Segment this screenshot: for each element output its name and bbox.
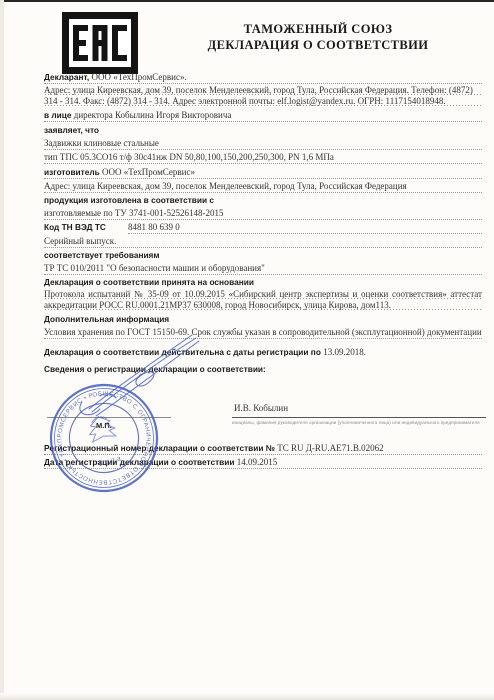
eac-conformity-mark-icon: ЕАС [62, 12, 138, 74]
tnved-row: Код ТН ВЭД ТС 8481 80 639 0 [44, 221, 482, 234]
requirements-text: ТР ТС 010/2011 "О безопасности машин и о… [44, 262, 482, 275]
document-body: Декларант, ООО «ТехПромСервис». Адрес: у… [44, 70, 482, 469]
stamp-place-label: М.П. [96, 421, 112, 430]
tnved-label: Код ТН ВЭД ТС [44, 221, 128, 234]
registration-number-line: Регистрационный номер декларации о соотв… [44, 442, 482, 455]
registration-number-label: Регистрационный номер декларации о соотв… [44, 443, 275, 453]
stamp-signature-line [47, 417, 171, 418]
requirements-label: соответствует требованиям [44, 250, 482, 261]
declarant-person-line: в лице директора Кобылина Игоря Викторов… [44, 109, 482, 122]
issue-type-line: Серийный выпуск. [44, 235, 482, 248]
eac-mark-graphic [62, 12, 138, 74]
manufacturer-name: ООО «ТехПромСервис» [102, 167, 195, 177]
registration-section-label: Сведения о регистрации декларации о соот… [44, 364, 482, 375]
signatory-caption: инициалы, фамилия руководителя организац… [232, 420, 486, 425]
scan-left-edge [0, 0, 4, 700]
tnved-code: 8481 80 639 0 [128, 221, 482, 234]
product-line-2: тип ТПС 05.3СО16 т/ф 30с41нж DN 50,80,10… [44, 151, 482, 164]
validity-line: Декларация о соответствии действительна … [44, 347, 482, 358]
person-label: в лице [44, 110, 72, 120]
declarant-name: ООО «ТехПромСервис». [91, 72, 186, 82]
title-line-2: ДЕКЛАРАЦИЯ О СООТВЕТСТВИИ [150, 37, 486, 53]
scan-top-edge [0, 0, 494, 2]
tu-line: изготовляемые по ТУ 3741-001-52526148-20… [44, 207, 482, 220]
declarant-line: Декларант, ООО «ТехПромСервис». [44, 71, 482, 84]
document-title: ТАМОЖЕННЫЙ СОЮЗ ДЕКЛАРАЦИЯ О СООТВЕТСТВИ… [150, 21, 486, 53]
registration-number: ТС RU Д-RU.АЕ71.В.02062 [277, 443, 383, 453]
signatory-name: И.В. Кобылин [234, 403, 288, 413]
manufacturer-line: изготовитель ООО «ТехПромСервис» [44, 166, 482, 179]
registration-date-label: Дата регистрации декларации о соответств… [44, 457, 234, 467]
manufacturer-label: изготовитель [44, 167, 100, 177]
product-line-1: Задвижки клиновые стальные [44, 137, 482, 150]
validity-date: 13.09.2018. [323, 347, 366, 357]
conformity-label: продукция изготовлена в соответствии с [44, 195, 482, 206]
declares-label: заявляет, что [44, 125, 482, 136]
person-name: директора Кобылина Игоря Викторовича [74, 110, 232, 120]
basis-label: Декларация о соответствии принята на осн… [44, 277, 482, 288]
scan-bottom-edge [0, 693, 494, 700]
signature-area: М.П. И.В. Кобылин инициалы, фамилия руко… [44, 377, 482, 441]
additional-label: Дополнительная информация [44, 314, 482, 325]
additional-text: Условия хранения по ГОСТ 15150-69. Срок … [44, 326, 482, 339]
manufacturer-address: Адрес: улица Киреевская, дом 39, поселок… [44, 180, 482, 193]
basis-text: Протокола испытаний № 35-09 от 10.09.201… [44, 289, 482, 312]
registration-date: 14.09.2015 [237, 457, 278, 467]
validity-label: Декларация о соответствии действительна … [44, 347, 321, 357]
declarant-label: Декларант, [44, 72, 89, 82]
declaration-document: ЕАС ТАМОЖЕННЫЙ СОЮЗ ДЕКЛАРАЦИЯ О СООТВЕТ… [0, 0, 494, 700]
registration-date-line: Дата регистрации декларации о соответств… [44, 456, 482, 469]
signatory-name-rule [232, 417, 486, 418]
declarant-address: Адрес: улица Киреевская, дом 39, поселок… [44, 85, 482, 108]
title-line-1: ТАМОЖЕННЫЙ СОЮЗ [150, 21, 486, 37]
